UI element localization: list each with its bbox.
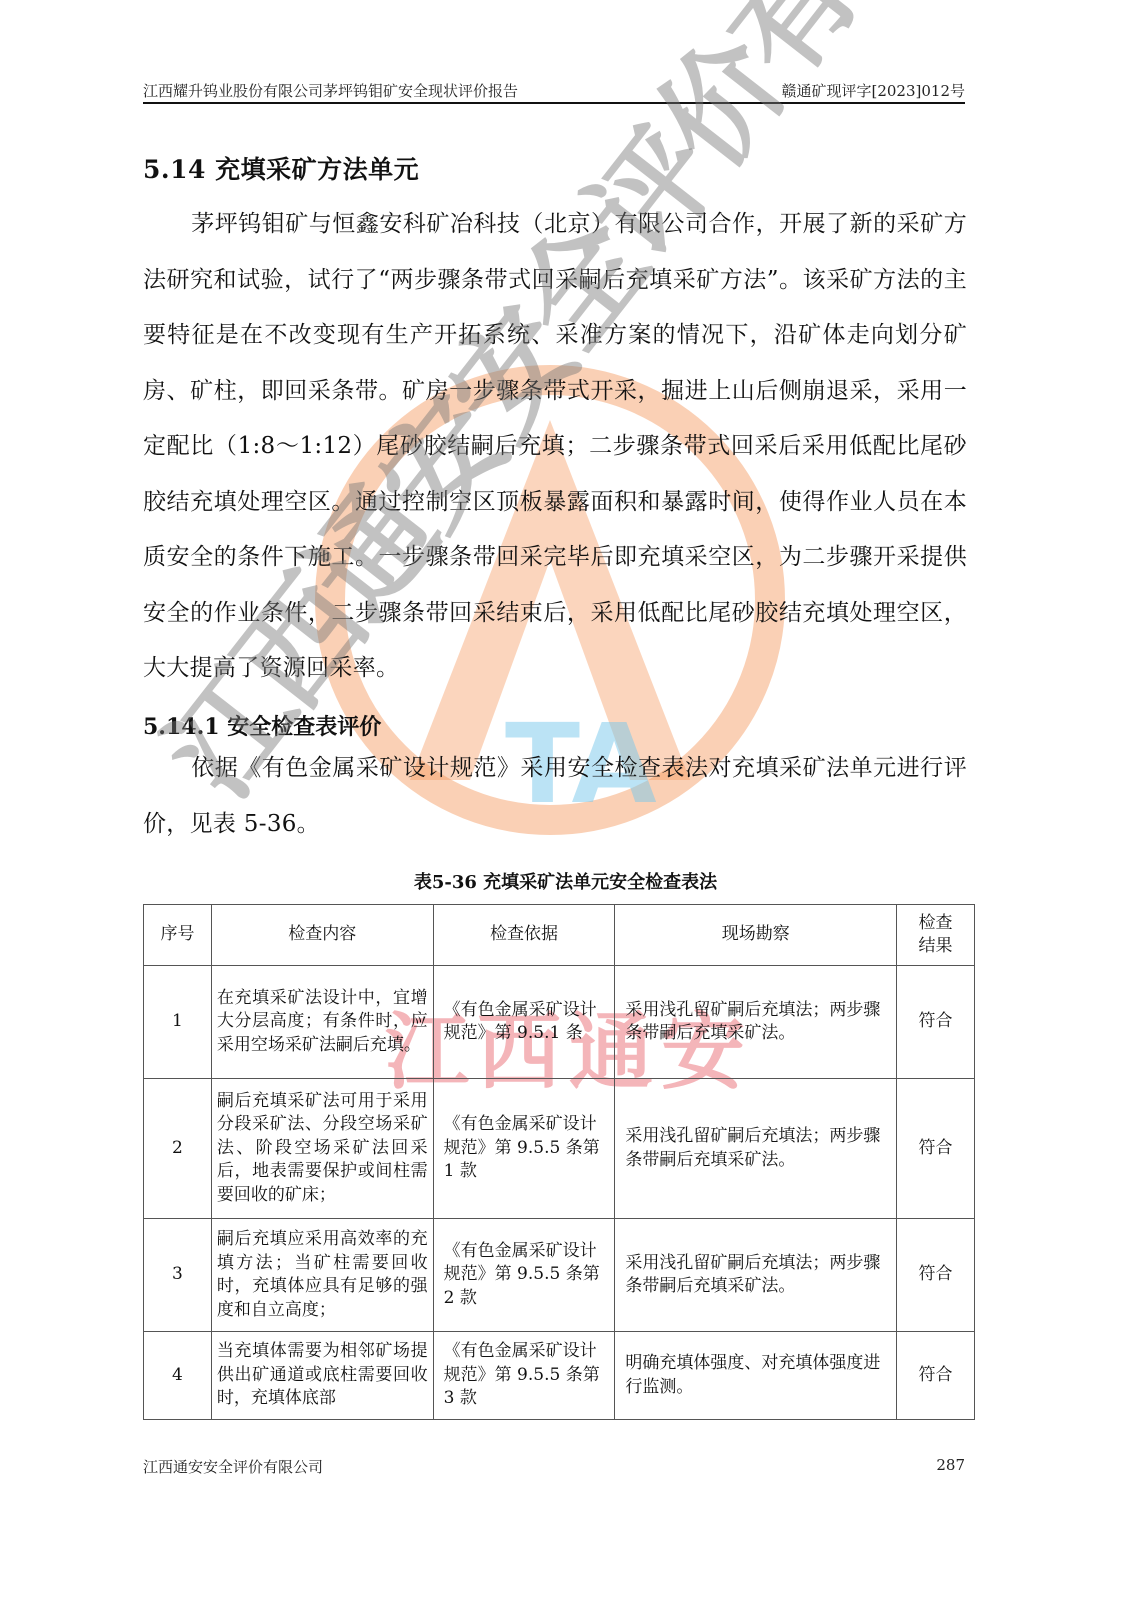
table-row: 1 在充填采矿法设计中，宜增大分层高度；有条件时，应采用空场采矿法嗣后充填。 《… bbox=[144, 966, 975, 1079]
row-number: 3 bbox=[144, 1219, 212, 1332]
row-content: 当充填体需要为相邻矿场提供出矿通道或底柱需要回收时，充填体底部 bbox=[211, 1332, 433, 1420]
row-result: 符合 bbox=[897, 1079, 975, 1219]
row-number: 2 bbox=[144, 1079, 212, 1219]
row-result: 符合 bbox=[897, 1332, 975, 1420]
row-number: 4 bbox=[144, 1332, 212, 1420]
row-basis: 《有色金属采矿设计规范》第 9.5.5 条第 2 款 bbox=[433, 1219, 615, 1332]
safety-checklist-table: 序号 检查内容 检查依据 现场勘察 检查结果 1 在充填采矿法设计中，宜增大分层… bbox=[143, 904, 975, 1420]
page-number: 287 bbox=[936, 1456, 965, 1474]
table-row: 3 嗣后充填应采用高效率的充填方法；当矿柱需要回收时，充填体应具有足够的强度和自… bbox=[144, 1219, 975, 1332]
row-site-survey: 明确充填体强度、对充填体强度进行监测。 bbox=[615, 1332, 897, 1420]
section-heading: 5.14 充填采矿方法单元 bbox=[143, 150, 419, 186]
report-title: 江西耀升钨业股份有限公司茅坪钨钼矿安全现状评价报告 bbox=[143, 80, 518, 101]
table-row: 4 当充填体需要为相邻矿场提供出矿通道或底柱需要回收时，充填体底部 《有色金属采… bbox=[144, 1332, 975, 1420]
header-divider bbox=[143, 102, 965, 104]
table-caption: 表5-36 充填采矿法单元安全检查表法 bbox=[0, 868, 1131, 894]
row-site-survey: 采用浅孔留矿嗣后充填法；两步骤条带嗣后充填采矿法。 bbox=[615, 1079, 897, 1219]
table-row: 2 嗣后充填采矿法可用于采用分段采矿法、分段空场采矿法、阶段空场采矿法回采后，地… bbox=[144, 1079, 975, 1219]
row-basis: 《有色金属采矿设计规范》第 9.5.5 条第 3 款 bbox=[433, 1332, 615, 1420]
row-basis: 《有色金属采矿设计规范》第 9.5.1 条 bbox=[433, 966, 615, 1079]
document-number: 赣通矿现评字[2023]012号 bbox=[781, 80, 965, 101]
column-header-site: 现场勘察 bbox=[615, 905, 897, 966]
section-paragraph: 茅坪钨钼矿与恒鑫安科矿冶科技（北京）有限公司合作，开展了新的采矿方法研究和试验，… bbox=[143, 197, 967, 697]
table-container: 序号 检查内容 检查依据 现场勘察 检查结果 1 在充填采矿法设计中，宜增大分层… bbox=[140, 900, 980, 1441]
column-header-content: 检查内容 bbox=[211, 905, 433, 966]
document-page: TA 江西通安 江西耀升钨业股份有限公司茅坪钨钼矿安全现状评价报告 赣通矿现评字… bbox=[0, 0, 1131, 1600]
row-site-survey: 采用浅孔留矿嗣后充填法；两步骤条带嗣后充填采矿法。 bbox=[615, 1219, 897, 1332]
column-header-result: 检查结果 bbox=[897, 905, 975, 966]
row-site-survey: 采用浅孔留矿嗣后充填法；两步骤条带嗣后充填采矿法。 bbox=[615, 966, 897, 1079]
column-header-no: 序号 bbox=[144, 905, 212, 966]
row-basis: 《有色金属采矿设计规范》第 9.5.5 条第 1 款 bbox=[433, 1079, 615, 1219]
subsection-paragraph-text: 依据《有色金属采矿设计规范》采用安全检查表法对充填采矿法单元进行评价，见表 5-… bbox=[143, 755, 967, 837]
row-content: 嗣后充填应采用高效率的充填方法；当矿柱需要回收时，充填体应具有足够的强度和自立高… bbox=[211, 1219, 433, 1332]
row-result: 符合 bbox=[897, 966, 975, 1079]
table-header-row: 序号 检查内容 检查依据 现场勘察 检查结果 bbox=[144, 905, 975, 966]
row-result: 符合 bbox=[897, 1219, 975, 1332]
footer-company: 江西通安安全评价有限公司 bbox=[143, 1456, 323, 1477]
column-header-basis: 检查依据 bbox=[433, 905, 615, 966]
row-number: 1 bbox=[144, 966, 212, 1079]
section-paragraph-text: 茅坪钨钼矿与恒鑫安科矿冶科技（北京）有限公司合作，开展了新的采矿方法研究和试验，… bbox=[143, 211, 967, 681]
page-header: 江西耀升钨业股份有限公司茅坪钨钼矿安全现状评价报告 赣通矿现评字[2023]01… bbox=[143, 78, 975, 104]
row-content: 嗣后充填采矿法可用于采用分段采矿法、分段空场采矿法、阶段空场采矿法回采后，地表需… bbox=[211, 1079, 433, 1219]
subsection-paragraph: 依据《有色金属采矿设计规范》采用安全检查表法对充填采矿法单元进行评价，见表 5-… bbox=[143, 741, 967, 852]
row-content: 在充填采矿法设计中，宜增大分层高度；有条件时，应采用空场采矿法嗣后充填。 bbox=[211, 966, 433, 1079]
subsection-heading: 5.14.1 安全检查表评价 bbox=[143, 710, 381, 741]
